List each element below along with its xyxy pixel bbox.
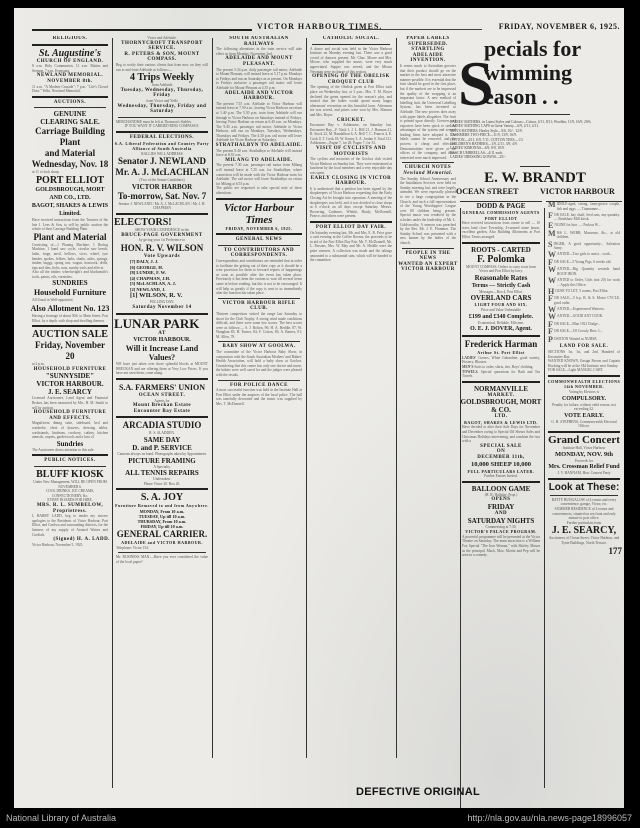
ad-text: Terms — Strictly Cash	[460, 282, 542, 290]
ad-heading: GOLDSBROUGH, MORT & CO.	[460, 398, 542, 414]
ad-category: MEN'S	[462, 365, 473, 369]
schedule: Tuesday, Wednesday, Thursday, Friday	[114, 88, 210, 99]
ad-text: COOL DRINKS, ICE CREAMS, CONFECTIONERY, …	[30, 489, 110, 498]
ad-heading: THORNYCROFT TRANSPORT SERVICE.	[114, 41, 210, 52]
classified-ad: WANTED—Two girls to assist... work...	[546, 252, 622, 258]
ad-heading: NORMANVILLE	[460, 385, 542, 393]
schedule: Wednesday, Thursday, Friday and Saturday	[114, 104, 210, 115]
ad-heading: Look at These:	[546, 482, 622, 493]
column-rule	[212, 38, 213, 758]
ad-subheading: GENERAL COMMISSION AGENTS	[460, 210, 542, 216]
ad-text: SECTIONS 1st, 1st, and 2nd. Hundred of E…	[546, 350, 622, 359]
lunar-park-heading: LUNAR PARK	[114, 317, 210, 331]
candidate: Senator J. NEWLAND	[114, 156, 210, 167]
specials-swimming-ad: S pecials for wimming eason . . LADIES' …	[450, 38, 624, 198]
article-heading: SOUTH AUSTRALIAN RAILWAYS	[214, 36, 304, 47]
masthead: VICTOR HARBOUR TIMES. FRIDAY, NOVEMBER 6…	[32, 20, 622, 34]
ad-text: BATTY BUNGALOW of 4 rooms and every conv…	[546, 498, 622, 507]
article-heading: CATHOLIC SOCIAL.	[308, 36, 394, 42]
ad-heading: BALLOON GAME	[460, 485, 542, 493]
ad-heading: LUNAR PARK	[114, 317, 199, 331]
ad-headline: pecials for	[484, 38, 581, 60]
ad-location: PORT ELLIOT	[30, 175, 110, 186]
ad-heading: BLUFF KIOSK	[30, 469, 110, 480]
ad-heading: Grand Concert	[546, 435, 622, 446]
article-subheading: STARTLING ADELAIDE INVENTION.	[398, 47, 458, 64]
ad-location: VICTOR HARBOUR.	[114, 336, 210, 344]
ballot-list: [7] DALY, J. J.[6] GEORGE, H.[8] LUNDIE,…	[114, 259, 210, 300]
classified-ad: MIDDLE-aged, strong, farm-grown couple, …	[546, 202, 622, 211]
article-subheading: STRATHALBYN TO ADELAIDE.	[214, 143, 304, 149]
classified-ad: HOUSE TO LET, 5 rooms, Port Elliot.	[546, 289, 622, 295]
article-heading: WANTED AN EXPERT VICTOR HARBOUR	[398, 262, 458, 273]
ad-heading: ARCADIA STUDIO	[114, 420, 210, 431]
column-railways-news: SOUTH AUSTRALIAN RAILWAYS The following …	[214, 36, 304, 756]
ad-heading: D. and P. SERVICE	[114, 444, 210, 452]
defective-original-stamp: DEFECTIVE ORIGINAL	[356, 786, 480, 798]
ad-date: MONDAY, NOV. 9th	[546, 451, 622, 459]
ad-location: "SUNNYSIDE"	[30, 372, 110, 380]
column-rule	[396, 38, 397, 758]
ad-heading: S. A. JOY	[114, 492, 210, 503]
classified-ad: FOR SALE—5 h.p. B. & S. Motor CYCLE, goo…	[546, 296, 622, 305]
ad-text: Penalty for failure, without valid reaso…	[546, 403, 622, 412]
column-ads-elections: Victor and Adelaide. THORNYCROFT TRANSPO…	[114, 36, 210, 756]
ad-heading: Frederick Harman	[460, 339, 542, 350]
ad-heading: SUNDRIES	[30, 279, 110, 287]
article-heading: PEOPLE IN THE NEWS	[398, 251, 458, 262]
candidate: Mr. A. J. McLACHLAN	[114, 167, 210, 178]
ad-heading: COMPULSORY.	[546, 395, 622, 403]
article-heading: PORT ELLIOT DAY FAIR.	[308, 225, 394, 231]
ad-subheading: HOUSEHOLD FURNITURE AND EFFECTS.	[30, 410, 110, 421]
ad-subheading: S.A. Liberal Federation and Country Part…	[114, 141, 210, 152]
ad-heading: Household Furniture	[30, 287, 110, 298]
ad-date: Friday, November 20	[30, 340, 110, 362]
ad-heading: Reasonable Rates	[460, 274, 542, 282]
carrier-schedule: MONDAY, From 10 a.m.TUESDAY, Up till 10 …	[114, 509, 210, 529]
ad-location: VICTOR HARBOUR.	[30, 380, 110, 388]
signature-date: Victor Harbour, November 5, 1925.	[30, 543, 110, 548]
article-heading: VISIT OF CYCLISTS AND MOTORISTS	[308, 146, 394, 157]
ad-text: IF YOU WANT IT CARRIED RING COMPASS 8.	[114, 124, 210, 129]
ad-category: TOWELS.	[462, 370, 478, 374]
section-heading: RELIGIOUS.	[30, 36, 110, 42]
ad-heading: OVERLAND CARS	[460, 294, 542, 302]
classified-ad: WANTED—Big Quantity seconds hand ROOF IR…	[546, 267, 622, 276]
section-heading: AUCTIONS.	[30, 100, 110, 106]
ad-heading: Will it Increase Land Values?	[114, 344, 210, 362]
column-rule	[112, 38, 113, 788]
classified-ad: WANTED—Experienced Waitress.	[546, 307, 622, 313]
archive-url[interactable]: http://nla.gov.au/nla.news-page18996057	[468, 813, 632, 823]
issue-date: FRIDAY, NOVEMBER 6, 1925.	[499, 22, 620, 31]
ad-text: ADELAIDE and VICTOR HARBOUR.	[114, 540, 210, 546]
store-street: OCEAN STREET	[456, 187, 518, 196]
ad-heading: and Material	[30, 148, 110, 159]
ad-heading: SAME DAY	[114, 436, 210, 444]
ad-heading: PICTURE FRAMING	[114, 457, 210, 465]
ad-heading: GENUINE	[30, 110, 110, 118]
ad-heading: Also Allotment No. 123	[30, 303, 110, 314]
ad-heading: ROOTS - CARTED	[460, 246, 542, 254]
masthead-rule	[32, 29, 252, 31]
ad-heading: 10,000 SHEEP 10,000	[460, 461, 542, 469]
ad-heading: Carriage Building Plant	[30, 126, 110, 148]
classified-ad: ENGINE for hire. — Parlour W...	[546, 223, 622, 229]
article-heading: PAPER LABELS SUPERSEDED.	[398, 36, 458, 47]
ad-text: Telephone: Victor 154.	[114, 546, 210, 551]
article-heading: OPENING OF THE OBELISK CROQUET CLUB	[308, 74, 394, 85]
archive-footer: National Library of Australia http://nla…	[0, 808, 640, 828]
ad-heading: ALL TENNIS REPAIRS	[114, 469, 210, 477]
classified-ad: FOR SALE, bay chaff, feed oats, any quan…	[546, 213, 622, 222]
auctioneer: GOLDSBROUGH, MORT AND CO., LTD.	[30, 186, 110, 202]
column-rule	[306, 38, 307, 758]
classified-ad: WANTED—GOOD ANT COOK.	[546, 314, 622, 320]
ad-price: £199 and £340 Complete.	[460, 313, 542, 321]
ad-text: G. H. STEPHENS, Commonwealth Electoral O…	[546, 420, 622, 429]
candidate: HON. R. V. WILSON	[114, 243, 210, 254]
article-subheading: ADELAIDE AND MOUNT PLEASANT.	[214, 56, 304, 67]
ad-heading: Plant and Material	[30, 232, 110, 243]
ad-text: FOR SALE—Light MANGEL CART.	[546, 368, 622, 373]
classified-ad: FOR SALE—Blue 1921 Dodge...	[546, 322, 622, 328]
ad-agent: J. E. SEARCY,	[546, 525, 622, 536]
ad-date: To-morrow, Sat. Nov. 7	[114, 191, 210, 202]
ad-agent: O. E. J. DOVER, Agent.	[460, 325, 542, 333]
ad-heading: GENERAL CARRIER.	[114, 529, 210, 540]
ad-text: Mr. BUSINESS MAN.—Have you ever consider…	[114, 555, 210, 564]
ad-headline: eason . .	[484, 86, 559, 108]
ad-text: J. V. HANNAM, Hon. Concert Party	[546, 471, 622, 476]
article-heading: EARLY CLOSING IN VICTOR HARBOUR.	[308, 176, 394, 187]
ad-heading: Sundries	[30, 440, 110, 448]
classified-ad: SINGER, A good opportunity... Salvation …	[546, 242, 622, 251]
store-town: VICTOR HARBOUR	[540, 187, 615, 196]
newspaper-page: VICTOR HARBOUR TIMES. FRIDAY, NOVEMBER 6…	[14, 8, 624, 808]
ad-heading: AUCTION SALE	[30, 329, 110, 340]
editorial-date: FRIDAY, NOVEMBER 6, 1925.	[214, 226, 304, 232]
masthead-rule	[342, 29, 482, 30]
archive-credit: National Library of Australia	[6, 813, 116, 823]
classified-ad: MISS L. WEBB, Masseuse, &c., at old chil…	[546, 231, 622, 240]
classified-list: BRANDTMIDDLE-aged, strong, farm-grown co…	[546, 202, 622, 343]
ad-heading: CLEARING SALE.	[30, 118, 110, 126]
ballot-entry: [1] WILSON, R. V.	[130, 292, 210, 300]
editorial-masthead: Victor Harbour Times	[214, 202, 304, 226]
column-classifieds: BRANDTMIDDLE-aged, strong, farm-grown co…	[546, 201, 622, 786]
store-name: E. W. BRANDT	[450, 171, 620, 186]
column-social-sport: CATHOLIC SOCIAL. A dance and social was …	[308, 36, 394, 756]
classified-ad: FOR SALE—1/8 Crossly Bros. L...	[546, 329, 622, 335]
article-heading: VICTOR HARBOUR RIFLE CLUB.	[214, 301, 304, 312]
ad-text: Encounter Bay Estate	[114, 409, 210, 415]
article-subheading: ADELAIDE AND VICTOR HARBOUR.	[214, 91, 304, 102]
page-number: 177	[546, 546, 622, 557]
ad-text: Auctioneer, of Ocean Street, Victor Harb…	[546, 536, 622, 545]
ad-category: LADIES'	[462, 356, 476, 360]
ad-heading: DODD & PAGE	[460, 202, 542, 210]
section-heading: PUBLIC NOTICES.	[30, 458, 110, 464]
column-religious-auctions: RELIGIOUS. St. Augustine's CHURCH OF ENG…	[30, 36, 110, 806]
price-list: LADIES' BATHERS, in Latest Styles and Co…	[450, 120, 620, 160]
price-item: LADIES' DRESSING GOWNS—25/-.	[450, 155, 620, 159]
classified-ad: FOR SALE—5 Young Pigs, 6 weeks old.	[546, 260, 622, 266]
ad-heading: S.A. FARMERS' UNION	[114, 382, 210, 393]
ad-heading: ELECTORS!	[114, 217, 210, 228]
ad-heading: SATURDAY NIGHTS	[460, 517, 542, 525]
church-title: St. Augustine's	[30, 48, 110, 59]
ad-date: Saturday November 14	[114, 305, 210, 311]
ad-heading: VOTE EARLY.	[546, 412, 622, 420]
article-heading: TO CONTRIBUTORS AND CORRESPONDENTS.	[214, 248, 304, 259]
column-rule	[544, 208, 545, 788]
ad-text: Under New Management, WILL BE OPEN FROM …	[30, 480, 110, 489]
ad-heading: FRIDAY	[460, 503, 542, 511]
classified-ad: POSITION Wanted as NURSE.	[546, 337, 622, 343]
ad-heading: 4 Trips Weekly	[114, 72, 210, 83]
ad-text: WANTED KNOWN, Ensign Brown and Captain H…	[546, 359, 622, 368]
ad-text: Further Entries Invited.	[460, 474, 542, 479]
ad-headline: wimming	[484, 62, 572, 84]
auctioneer: BAGOT, SHAKES & LEWIS Limited.	[30, 202, 110, 218]
ad-text: Phone Victor 20. Box 20.	[114, 482, 210, 487]
ad-heading: F. Polomka	[460, 254, 542, 265]
ad-proprietor: MRS. R. L. SUMBELOW, Proprietress.	[30, 503, 110, 514]
article-heading: VICTOR'S PALACE PROGRAM.	[460, 529, 542, 535]
ad-heading: Mrs. Crossman Relief Fund	[546, 463, 622, 471]
auctioneer: J. E. SEARCY	[30, 388, 110, 396]
ad-text: Senator J. NEWLAND / Mr. A. J. McLACHLAN…	[114, 202, 210, 211]
ad-text: SUMMER RESIDENCE of 4 rooms and convenie…	[546, 507, 622, 521]
ad-location: VICTOR HARBOR	[114, 183, 210, 191]
column-invention-church: PAPER LABELS SUPERSEDED. STARTLING ADELA…	[398, 36, 458, 756]
classified-ad: WANTED to Order, Girls (not 20) for work…	[546, 278, 622, 287]
ad-heading: R. PETERS & SON, MOUNT COMPASS.	[114, 52, 210, 63]
article-subheading: Newland Memorial.	[398, 171, 458, 177]
section-heading: GENERAL NEWS	[214, 237, 304, 243]
column-local-ads: DODD & PAGE GENERAL COMMISSION AGENTS PO…	[460, 201, 542, 786]
ad-date: Wednesday, Nov. 18	[30, 159, 110, 170]
